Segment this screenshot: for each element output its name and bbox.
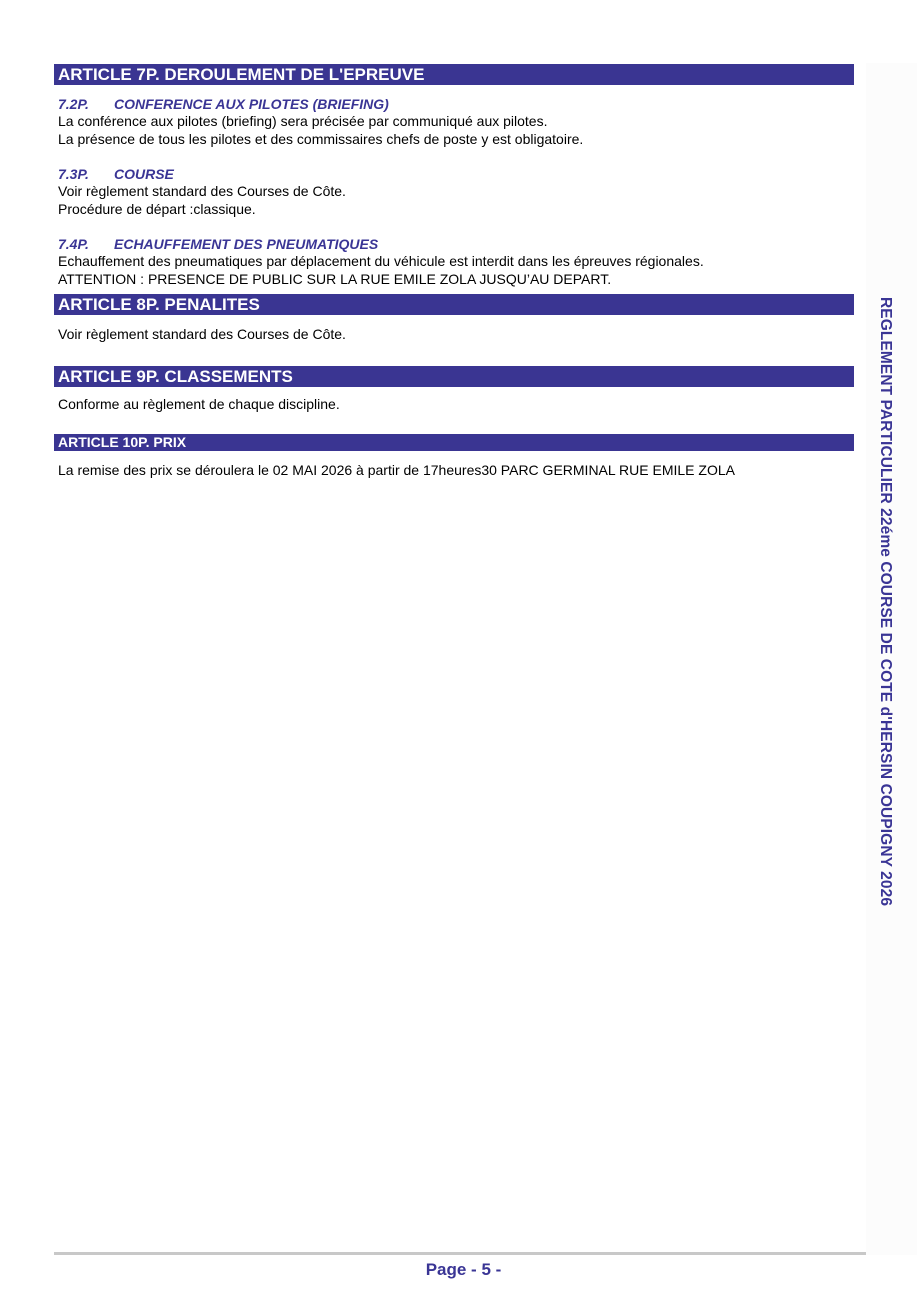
subsection-title: COURSE <box>114 166 174 182</box>
subsection-heading: 7.4P.ECHAUFFEMENT DES PNEUMATIQUES <box>54 236 854 252</box>
paragraph-line: Procédure de départ :classique. <box>54 200 854 218</box>
subsection-number: 7.3P. <box>58 166 114 182</box>
paragraph-line: Voir règlement standard des Courses de C… <box>54 182 854 200</box>
paragraph: Conforme au règlement de chaque discipli… <box>54 395 854 413</box>
article-8p: ARTICLE 8P. PENALITES Voir règlement sta… <box>54 294 854 343</box>
subsection-7-2p: 7.2P.CONFERENCE AUX PILOTES (BRIEFING) L… <box>54 96 854 148</box>
article-heading: ARTICLE 10P. PRIX <box>54 434 854 451</box>
article-7p: ARTICLE 7P. DEROULEMENT DE L'EPREUVE 7.2… <box>54 64 854 288</box>
paragraph-line: Echauffement des pneumatiques par déplac… <box>54 252 854 270</box>
footer-rule <box>54 1252 866 1255</box>
document-body: ARTICLE 7P. DEROULEMENT DE L'EPREUVE 7.2… <box>54 64 854 479</box>
document-side-title: REGLEMENT PARTICULIER 22éme COURSE DE CO… <box>876 297 894 906</box>
article-heading: ARTICLE 9P. CLASSEMENTS <box>54 366 854 387</box>
paragraph-line: La présence de tous les pilotes et des c… <box>54 130 854 148</box>
article-heading: ARTICLE 7P. DEROULEMENT DE L'EPREUVE <box>54 64 854 85</box>
article-10p: ARTICLE 10P. PRIX La remise des prix se … <box>54 434 854 479</box>
subsection-heading: 7.2P.CONFERENCE AUX PILOTES (BRIEFING) <box>54 96 854 112</box>
subsection-title: CONFERENCE AUX PILOTES (BRIEFING) <box>114 96 389 112</box>
paragraph: Voir règlement standard des Courses de C… <box>54 325 854 343</box>
subsection-7-4p: 7.4P.ECHAUFFEMENT DES PNEUMATIQUES Echau… <box>54 236 854 288</box>
article-heading: ARTICLE 8P. PENALITES <box>54 294 854 315</box>
paragraph: La remise des prix se déroulera le 02 MA… <box>54 461 854 479</box>
subsection-number: 7.4P. <box>58 236 114 252</box>
page-number: Page - 5 - <box>0 1260 917 1280</box>
article-9p: ARTICLE 9P. CLASSEMENTS Conforme au règl… <box>54 366 854 413</box>
subsection-heading: 7.3P.COURSE <box>54 166 854 182</box>
subsection-7-3p: 7.3P.COURSE Voir règlement standard des … <box>54 166 854 218</box>
subsection-number: 7.2P. <box>58 96 114 112</box>
subsection-title: ECHAUFFEMENT DES PNEUMATIQUES <box>114 236 378 252</box>
paragraph-line: ATTENTION : PRESENCE DE PUBLIC SUR LA RU… <box>54 270 854 288</box>
paragraph-line: La conférence aux pilotes (briefing) ser… <box>54 112 854 130</box>
